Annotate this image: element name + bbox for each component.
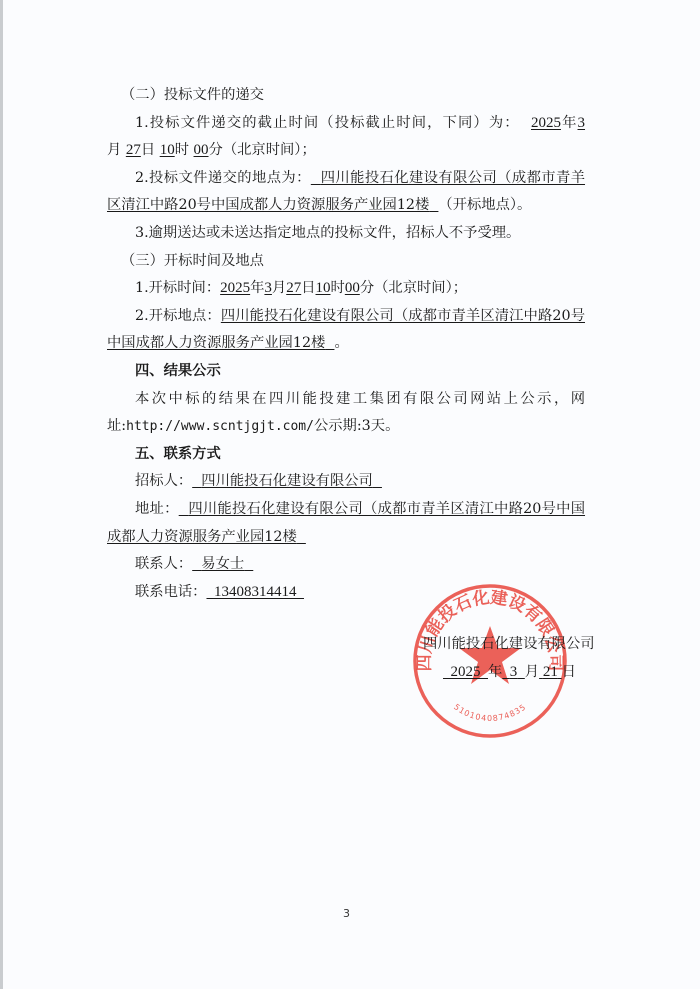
month-unit: 月	[107, 142, 121, 158]
section-heading-bid-opening: （三）开标时间及地点	[107, 248, 585, 276]
address-text: 四川能投石化建设有限公司（成都市青羊区清江中路20号中国成都人力资源服务产业园1…	[107, 501, 585, 545]
day-unit: 日	[301, 280, 315, 296]
contact-text: 易女士	[201, 556, 244, 572]
stamp-code-text: 5101040874835	[452, 702, 528, 723]
tenderer-label: 招标人：	[135, 473, 192, 489]
signature-date: 2025 年 3 月 21 日	[423, 658, 593, 686]
opening-year: 2025	[220, 280, 250, 296]
hour-unit: 时	[331, 280, 345, 296]
month-unit: 月	[525, 664, 539, 680]
tenderer-value: 四川能投石化建设有限公司	[192, 473, 382, 489]
deadline-minute: 00	[194, 142, 209, 158]
phone-value: 13408314414	[206, 584, 304, 600]
deadline-hour: 10	[160, 142, 175, 158]
signature-company: 四川能投石化建设有限公司	[423, 630, 593, 658]
page-number: 3	[343, 907, 350, 920]
phone-text: 13408314414	[214, 584, 297, 600]
opening-location-paragraph: 2.开标地点：四川能投石化建设有限公司（成都市青羊区清江中路20号中国成都人力资…	[107, 303, 585, 358]
address-value: 四川能投石化建设有限公司（成都市青羊区清江中路20号中国成都人力资源服务产业园1…	[107, 501, 585, 545]
heading-text: （三）开标时间及地点	[121, 253, 264, 269]
heading-text: （二）投标文件的递交	[121, 87, 264, 103]
year-unit: 年	[488, 664, 502, 680]
website-link[interactable]: http://www.scntjgjt.com/	[126, 419, 314, 434]
bid-location-paragraph: 2.投标文件递交的地点为： 四川能投石化建设有限公司（成都市青羊区清江中路20号…	[107, 165, 585, 220]
deadline-prefix: 1.投标文件递交的截止时间（投标截止时间，下同）为：	[135, 115, 520, 131]
opening-minute: 00	[345, 280, 360, 296]
signature-block: 四川能投石化建设有限公司 2025 年 3 月 21 日	[423, 630, 593, 686]
signature-day: 21	[539, 664, 562, 680]
section-heading-bid-submission: （二）投标文件的递交	[107, 82, 585, 110]
contact-value: 易女士	[192, 556, 253, 572]
opening-day: 27	[286, 280, 301, 296]
year-unit: 年	[561, 115, 578, 131]
location-suffix: 。	[334, 335, 348, 351]
document-page: （二）投标文件的递交 1.投标文件递交的截止时间（投标截止时间，下同）为： 20…	[107, 82, 585, 606]
opening-time-paragraph: 1.开标时间：2025年3月27日10时00分（北京时间）；	[107, 275, 585, 303]
location-prefix: 2.投标文件递交的地点为：	[135, 170, 311, 186]
day-unit: 日	[141, 142, 155, 158]
late-submission-paragraph: 3.逾期送达或未送达指定地点的投标文件，招标人不予受理。	[107, 220, 585, 248]
opening-hour: 10	[316, 280, 331, 296]
deadline-year: 2025	[531, 115, 561, 131]
opening-location-prefix: 2.开标地点：	[135, 308, 221, 324]
opening-month: 3	[264, 280, 272, 296]
result-publicity-paragraph: 本次中标的结果在四川能投建工集团有限公司网站上公示，网址:http://www.…	[107, 386, 585, 441]
day-text: 21	[543, 664, 558, 680]
address-line: 地址： 四川能投石化建设有限公司（成都市青羊区清江中路20号中国成都人力资源服务…	[107, 496, 585, 551]
contact-label: 联系人：	[135, 556, 192, 572]
minute-unit: 分（北京时间）；	[209, 142, 316, 158]
signature-month: 3	[502, 664, 525, 680]
publicity-suffix: 公示期:3天。	[314, 418, 399, 434]
month-text: 3	[510, 664, 518, 680]
month-unit: 月	[272, 280, 286, 296]
hour-unit: 时	[175, 142, 189, 158]
tenderer-text: 四川能投石化建设有限公司	[201, 473, 373, 489]
day-unit: 日	[562, 664, 576, 680]
address-label: 地址：	[135, 501, 179, 517]
contact-person-line: 联系人： 易女士	[107, 551, 585, 579]
svg-text:5101040874835: 5101040874835	[452, 702, 528, 723]
year-text: 2025	[451, 664, 481, 680]
minute-unit: 分（北京时间）；	[360, 280, 467, 296]
location-suffix: （开标地点）。	[438, 197, 531, 213]
section-heading-result-publicity: 四、结果公示	[107, 358, 585, 386]
deadline-month: 3	[578, 115, 586, 131]
section-heading-contact: 五、联系方式	[107, 441, 585, 469]
deadline-day: 27	[126, 142, 141, 158]
tenderer-line: 招标人： 四川能投石化建设有限公司	[107, 468, 585, 496]
phone-label: 联系电话：	[135, 584, 206, 600]
year-unit: 年	[250, 280, 264, 296]
opening-time-prefix: 1.开标时间：	[135, 280, 220, 296]
bid-deadline-paragraph: 1.投标文件递交的截止时间（投标截止时间，下同）为： 2025年3月 27日 1…	[107, 110, 585, 165]
signature-year: 2025	[443, 664, 488, 680]
page-left-edge	[0, 0, 3, 989]
